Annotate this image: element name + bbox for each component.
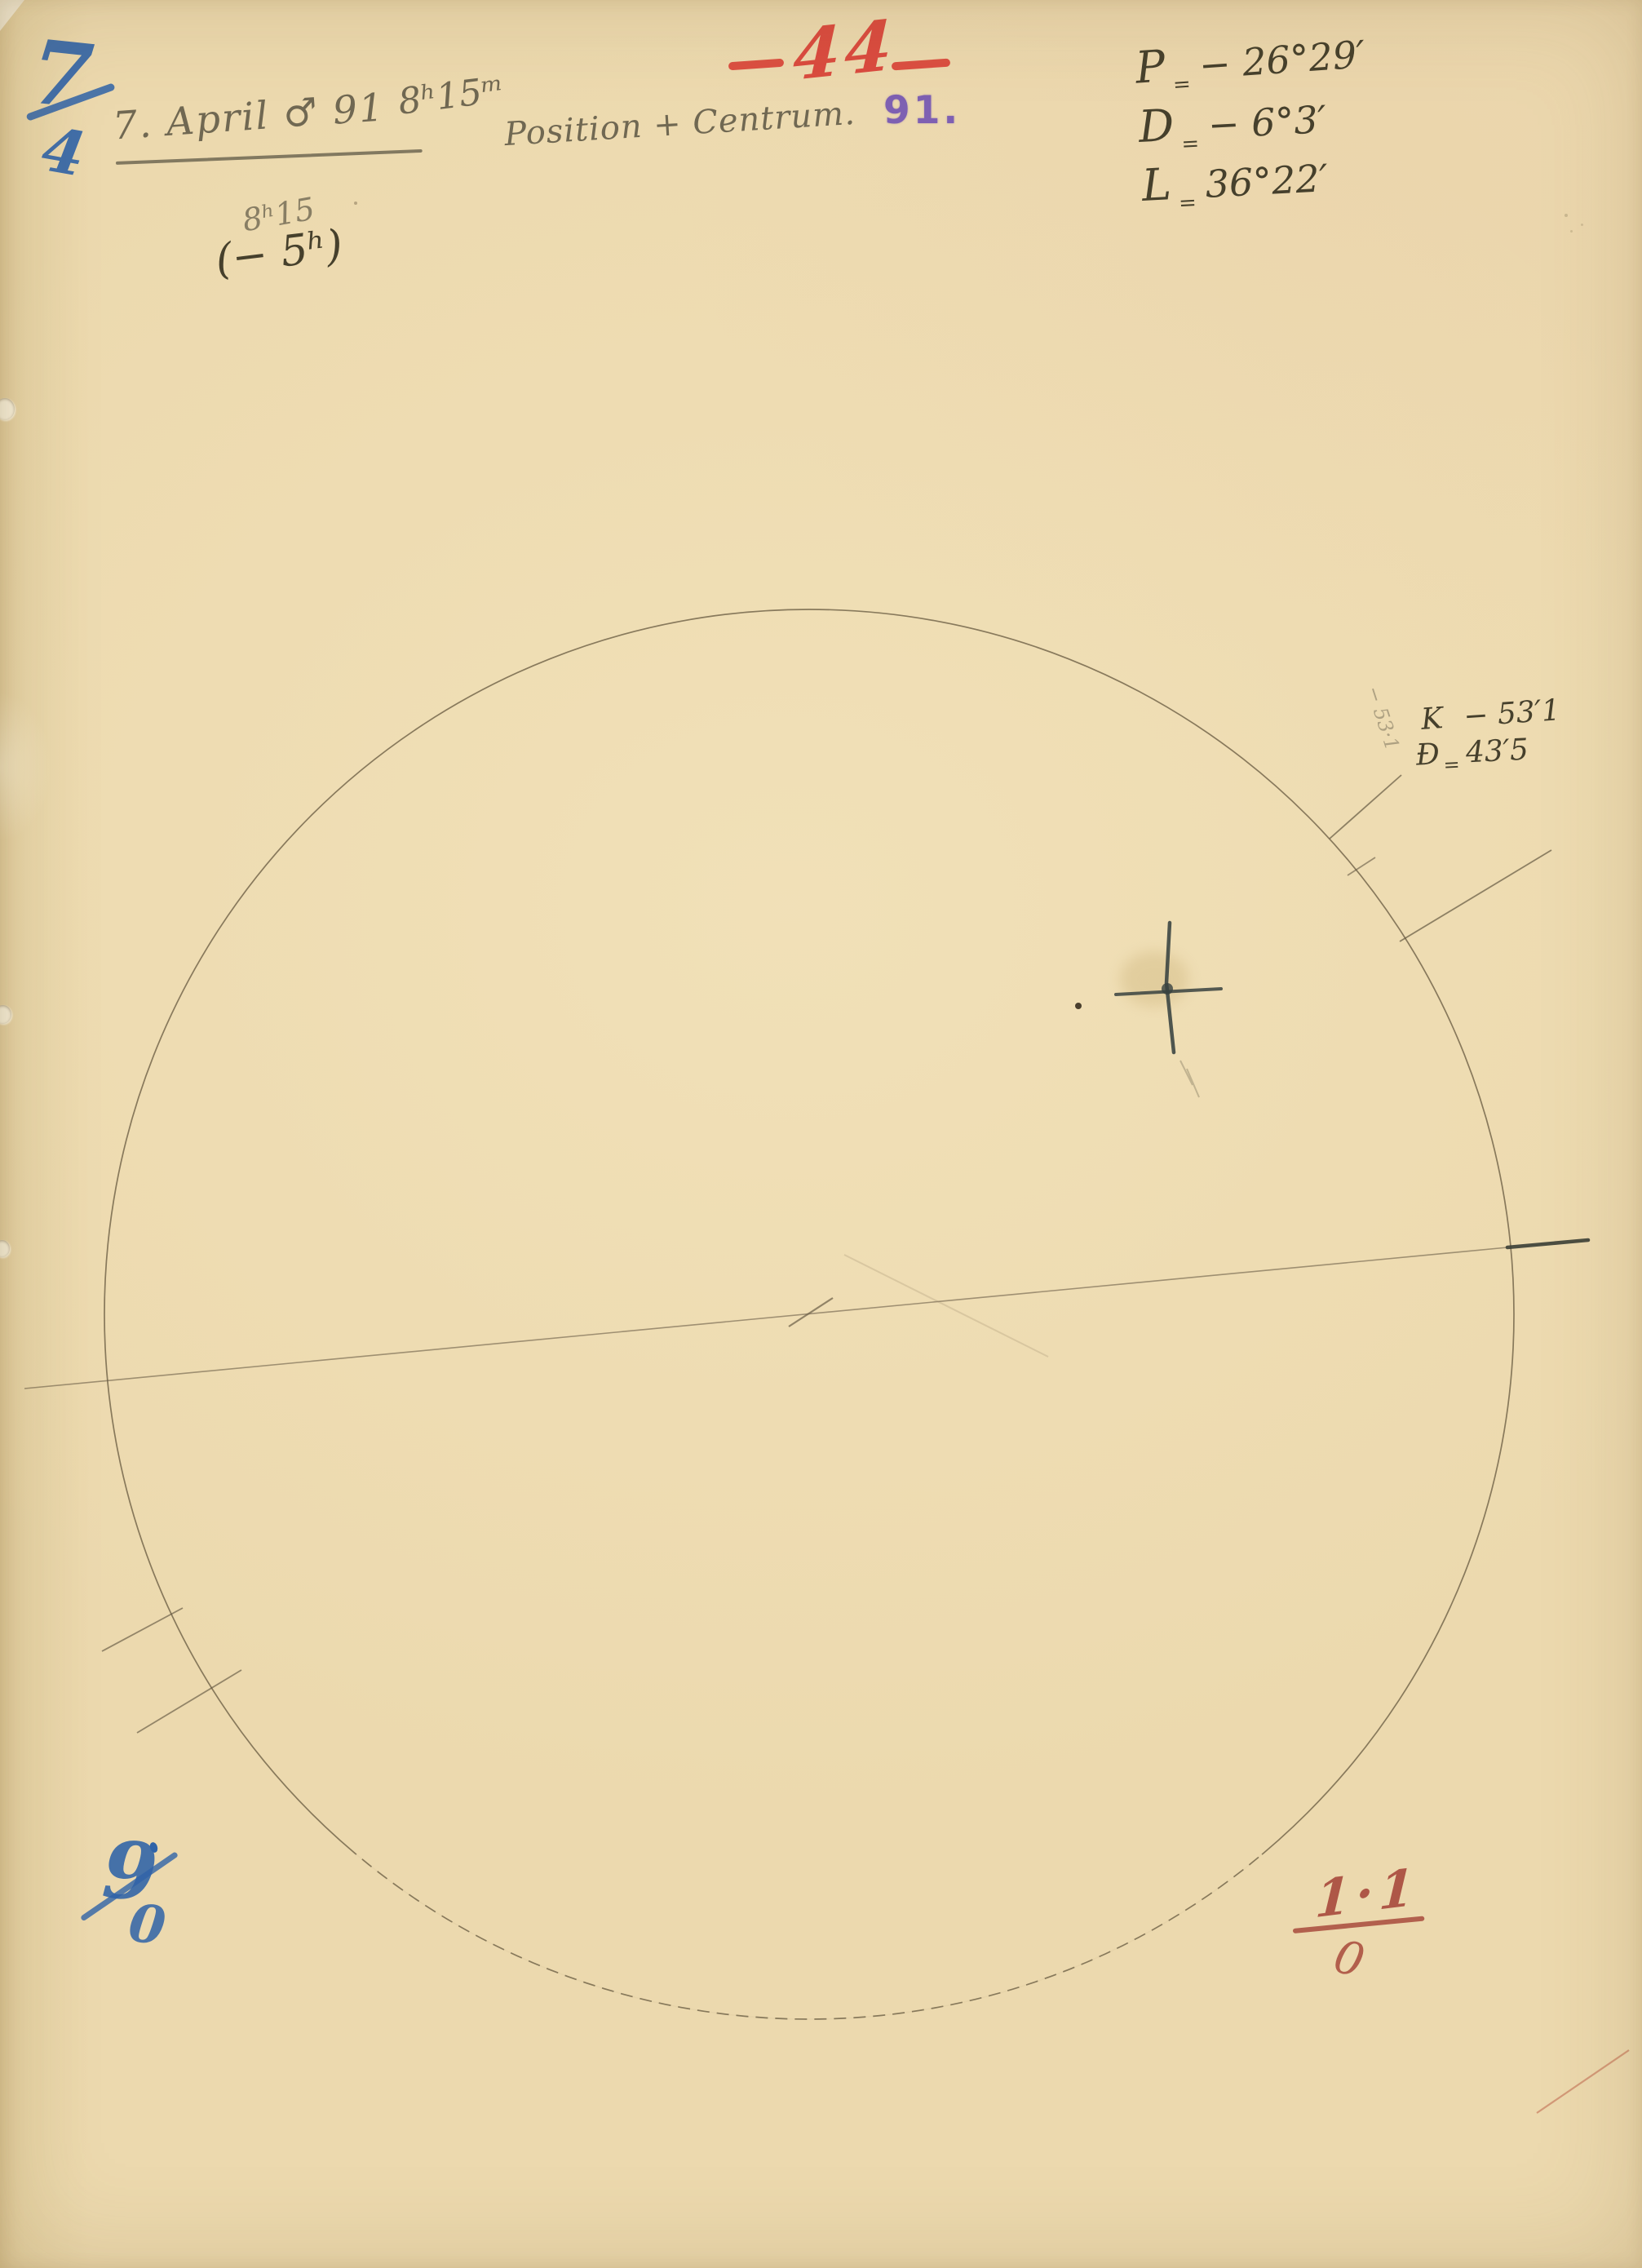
orientation-tick-small <box>1348 857 1375 875</box>
year-stamp: 91. <box>883 91 961 130</box>
orientation-mark-lower <box>1400 850 1551 941</box>
transit-line-dark-end <box>1507 1240 1588 1247</box>
solar-disk-faint-bottom <box>356 1854 1262 2019</box>
ephemeris-value: 36°22′ <box>1204 156 1329 206</box>
paper-crease <box>844 1255 1048 1357</box>
ink-dot <box>1075 1003 1082 1009</box>
ephemeris-row-l: L=36°22′ <box>1140 150 1330 218</box>
ephemeris-value: − 6°3′ <box>1207 97 1328 148</box>
paper-speck <box>1565 214 1568 217</box>
orientation-mark-upper <box>1330 775 1401 839</box>
ephemeris-value: − 26°29′ <box>1197 32 1366 87</box>
ephemeris-row-d: D=− 6°3′ <box>1137 91 1328 159</box>
sunspot-smudge <box>1120 951 1188 1007</box>
paper-speck <box>354 202 357 205</box>
spot-line1-label: K <box>1420 702 1445 737</box>
transit-line <box>24 1247 1507 1389</box>
tally-left-denominator: 0 <box>126 1898 168 1954</box>
ephemeris-label: P <box>1134 40 1167 93</box>
spot-line2-equals: = <box>1443 753 1461 777</box>
ephemeris-equals: = <box>1181 131 1200 157</box>
ephemeris-label: L <box>1140 158 1172 211</box>
spot-line2-label: Ð <box>1415 738 1441 772</box>
ephemeris-equals: = <box>1172 72 1192 97</box>
solar-drawing-layer <box>0 0 1642 2268</box>
corner-crease-red <box>1537 2050 1629 2113</box>
limb-tick-lower <box>137 1670 241 1733</box>
corner-fold <box>0 0 24 31</box>
ephemeris-label: D <box>1137 100 1175 153</box>
spot-measurement-line2: Ð=43′5 <box>1415 733 1529 777</box>
paper-speck <box>1570 230 1573 233</box>
paper-speck <box>1581 224 1583 226</box>
limb-tick-upper <box>102 1608 183 1651</box>
tally-right-numerator: 1·1 <box>1314 1862 1421 1926</box>
spot-line1-value: − 53′1 <box>1463 693 1561 733</box>
ephemeris-equals: = <box>1178 191 1197 216</box>
sunspot-faint-hatch <box>1180 1061 1199 1097</box>
sunspot-cross-center <box>1162 983 1173 994</box>
scanned-observation-sheet: 7 4 7. April ♂ 91 8ʰ15ᵐ Position + Centr… <box>0 0 1642 2268</box>
spot-line2-value: 43′5 <box>1465 733 1529 769</box>
page-number: 44 <box>792 11 897 91</box>
